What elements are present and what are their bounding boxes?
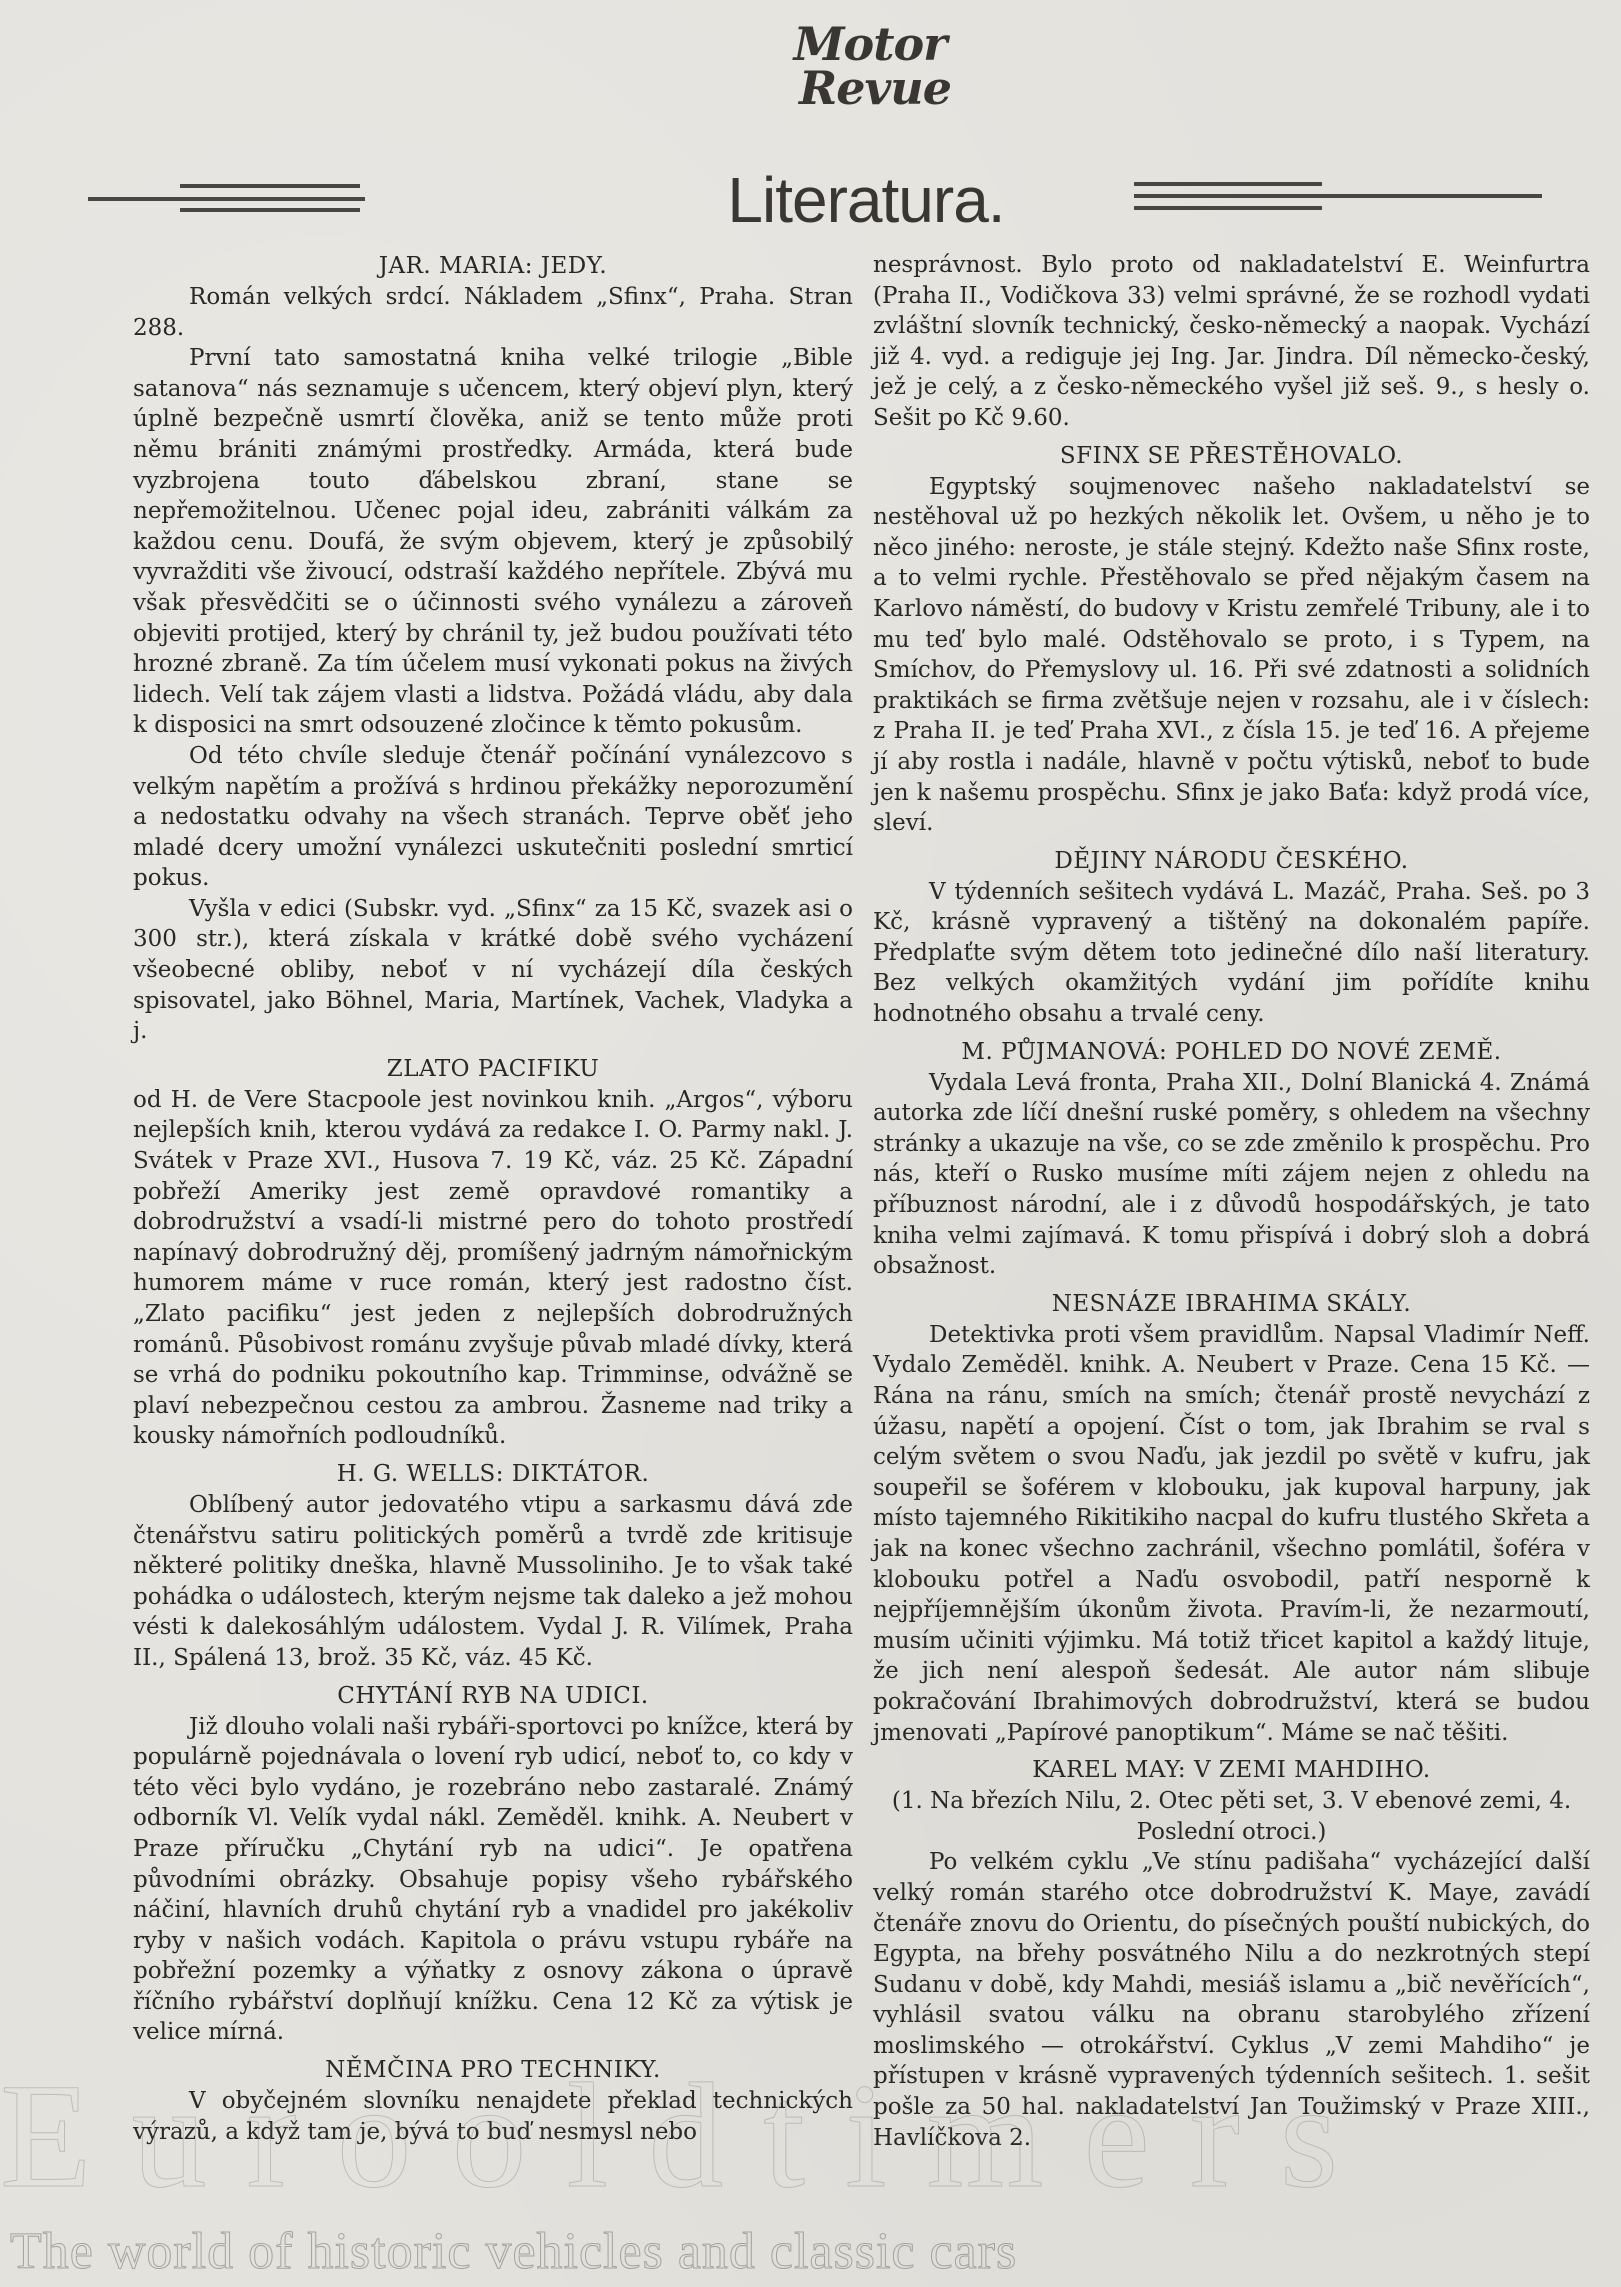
article-heading: DĚJINY NÁRODU ČESKÉHO. xyxy=(873,845,1590,877)
decorative-rule xyxy=(180,184,360,188)
watermark-tagline: The world of historic vehicles and class… xyxy=(10,2222,1017,2281)
article-paragraph: nesprávnost. Bylo proto od nakladatelstv… xyxy=(873,250,1590,434)
logo-line-motor: Motor xyxy=(780,22,960,66)
article-paragraph: Vyšla v edici (Subskr. vyd. „Sfinx“ za 1… xyxy=(133,894,853,1047)
article-paragraph: Již dlouho volali naši rybáři-sportovci … xyxy=(133,1712,853,2049)
article-heading: KAREL MAY: V ZEMI MAHDIHO. xyxy=(873,1754,1590,1786)
article-heading: H. G. WELLS: DIKTÁTOR. xyxy=(133,1458,853,1490)
logo-line-revue: Revue xyxy=(790,66,960,110)
decorative-rule xyxy=(88,197,365,201)
article-heading: ZLATO PACIFIKU xyxy=(133,1053,853,1085)
left-column: JAR. MARIA: JEDY.Román velkých srdcí. Ná… xyxy=(133,250,853,2147)
article-paragraph: V týdenních sešitech vydává L. Mazáč, Pr… xyxy=(873,877,1590,1030)
decorative-rule xyxy=(1134,182,1322,186)
page-title: Literatura. xyxy=(676,160,1056,240)
article-paragraph: Oblíbený autor jedovatého vtipu a sarkas… xyxy=(133,1490,853,1674)
article-heading: NESNÁZE IBRAHIMA SKÁLY. xyxy=(873,1288,1590,1320)
decorative-rule xyxy=(180,208,360,212)
decorative-rule xyxy=(1134,194,1542,198)
decorative-rule xyxy=(1134,206,1322,210)
article-heading: CHYTÁNÍ RYB NA UDICI. xyxy=(133,1680,853,1712)
article-paragraph: Egyptský soujmenovec našeho nakladatelst… xyxy=(873,472,1590,839)
article-heading: JAR. MARIA: JEDY. xyxy=(133,250,853,282)
article-paragraph: Detektivka proti všem pravidlům. Napsal … xyxy=(873,1320,1590,1748)
section-header: Literatura. xyxy=(0,160,1621,240)
article-heading: SFINX SE PŘESTĚHOVALO. xyxy=(873,440,1590,472)
right-column: nesprávnost. Bylo proto od nakladatelstv… xyxy=(873,250,1590,2153)
article-subtitle: (1. Na březích Nilu, 2. Otec pěti set, 3… xyxy=(873,1786,1590,1847)
watermark-logo: Eurooldtimers xyxy=(0,2050,1378,2222)
article-paragraph: Od této chvíle sleduje čtenář počínání v… xyxy=(133,741,853,894)
article-paragraph: Vydala Levá fronta, Praha XII., Dolní Bl… xyxy=(873,1068,1590,1282)
article-paragraph: od H. de Vere Stacpoole jest novinkou kn… xyxy=(133,1085,853,1452)
article-paragraph: Román velkých srdcí. Nákladem „Sfinx“, P… xyxy=(133,282,853,343)
article-heading: M. PŮJMANOVÁ: POHLED DO NOVÉ ZEMĚ. xyxy=(873,1036,1590,1068)
article-paragraph: První tato samostatná kniha velké trilog… xyxy=(133,343,853,741)
magazine-logo: Motor Revue xyxy=(780,22,960,110)
